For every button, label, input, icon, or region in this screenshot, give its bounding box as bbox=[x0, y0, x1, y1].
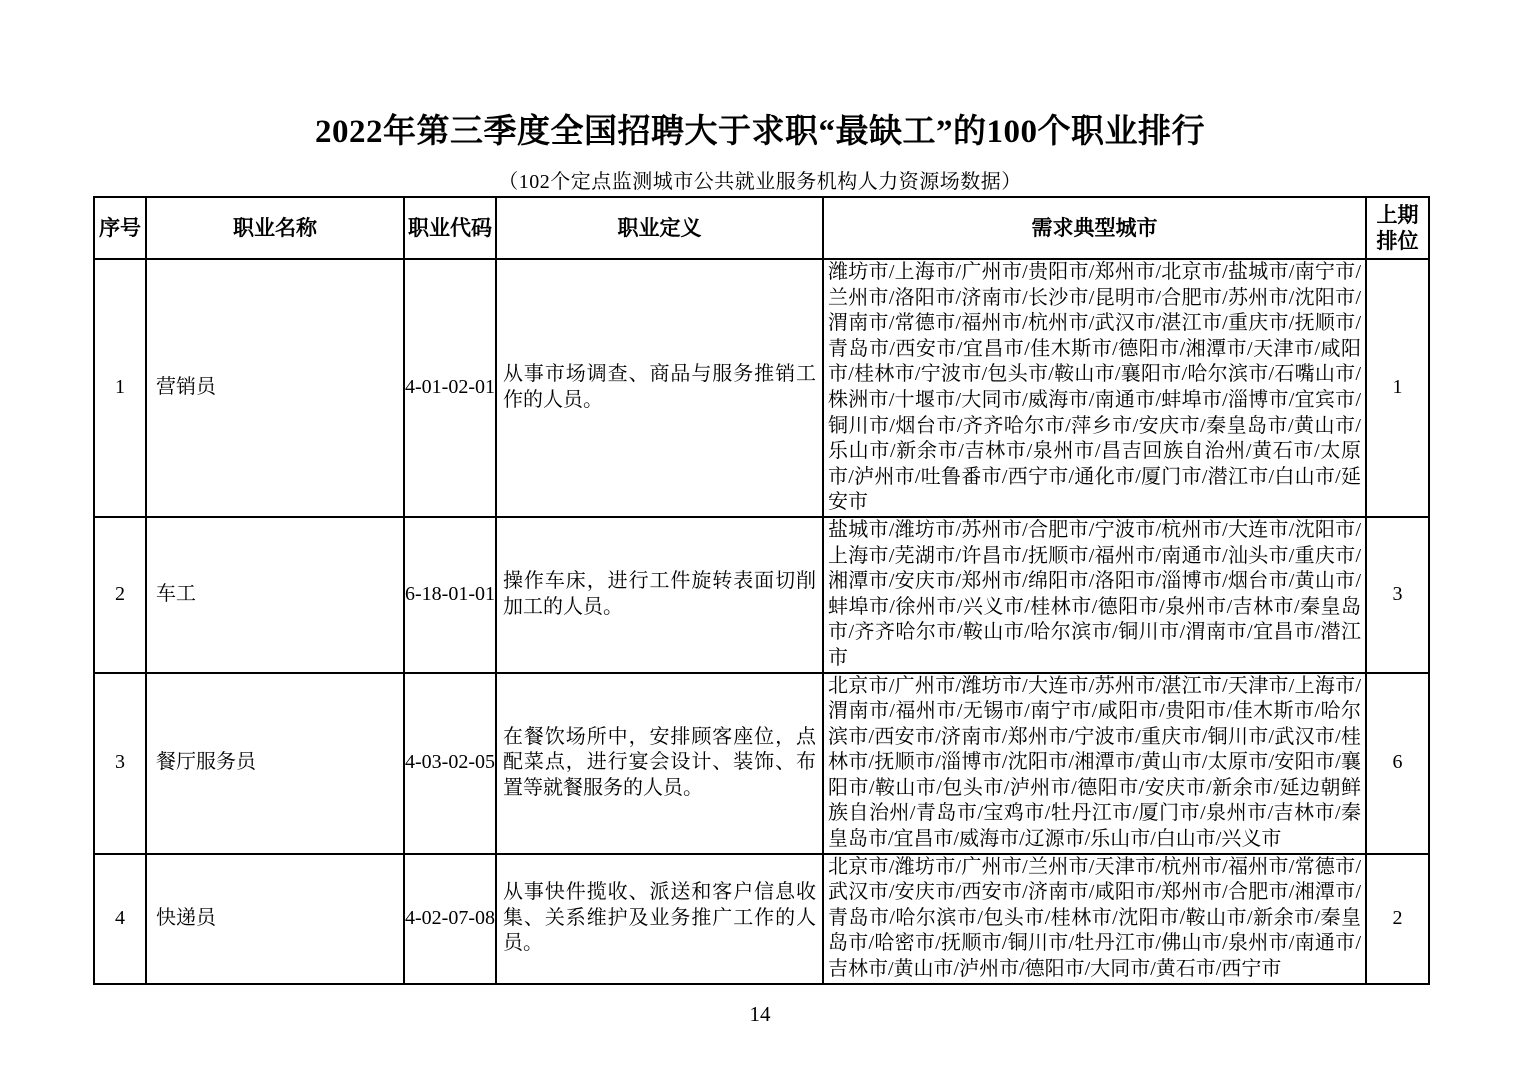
occupation-ranking-table: 序号 职业名称 职业代码 职业定义 需求典型城市 上期排位 1 营销员 4-01… bbox=[93, 196, 1430, 985]
page-subtitle: （102个定点监测城市公共就业服务机构人力资源场数据） bbox=[0, 165, 1520, 194]
occupation-code-cell: 4-02-07-08 bbox=[404, 854, 496, 984]
occupation-name-cell: 营销员 bbox=[146, 259, 404, 517]
document-page: 2022年第三季度全国招聘大于求职“最缺工”的100个职业排行 （102个定点监… bbox=[0, 0, 1520, 1074]
occupation-code-cell: 4-01-02-01 bbox=[404, 259, 496, 517]
definition-cell: 从事快件揽收、派送和客户信息收集、关系维护及业务推广工作的人员。 bbox=[496, 854, 823, 984]
header-occupation-name: 职业名称 bbox=[146, 197, 404, 259]
prev-rank-cell: 2 bbox=[1366, 854, 1429, 984]
cities-cell: 北京市/潍坊市/广州市/兰州市/天津市/杭州市/福州市/常德市/武汉市/安庆市/… bbox=[823, 854, 1366, 984]
header-occupation-code: 职业代码 bbox=[404, 197, 496, 259]
table-row: 4 快递员 4-02-07-08 从事快件揽收、派送和客户信息收集、关系维护及业… bbox=[94, 854, 1429, 984]
prev-rank-cell: 1 bbox=[1366, 259, 1429, 517]
occupation-name-cell: 车工 bbox=[146, 517, 404, 673]
occupation-name-cell: 快递员 bbox=[146, 854, 404, 984]
prev-rank-cell: 6 bbox=[1366, 673, 1429, 854]
header-index: 序号 bbox=[94, 197, 146, 259]
header-prev-rank: 上期排位 bbox=[1366, 197, 1429, 259]
header-cities: 需求典型城市 bbox=[823, 197, 1366, 259]
occupation-name-cell: 餐厅服务员 bbox=[146, 673, 404, 854]
cities-cell: 北京市/广州市/潍坊市/大连市/苏州市/湛江市/天津市/上海市/渭南市/福州市/… bbox=[823, 673, 1366, 854]
occupation-code-cell: 4-03-02-05 bbox=[404, 673, 496, 854]
definition-cell: 在餐饮场所中，安排顾客座位，点配菜点，进行宴会设计、装饰、布置等就餐服务的人员。 bbox=[496, 673, 823, 854]
row-index-cell: 2 bbox=[94, 517, 146, 673]
table-row: 2 车工 6-18-01-01 操作车床，进行工件旋转表面切削加工的人员。 盐城… bbox=[94, 517, 1429, 673]
table-header-row: 序号 职业名称 职业代码 职业定义 需求典型城市 上期排位 bbox=[94, 197, 1429, 259]
cities-cell: 盐城市/潍坊市/苏州市/合肥市/宁波市/杭州市/大连市/沈阳市/上海市/芜湖市/… bbox=[823, 517, 1366, 673]
header-definition: 职业定义 bbox=[496, 197, 823, 259]
table-row: 3 餐厅服务员 4-03-02-05 在餐饮场所中，安排顾客座位，点配菜点，进行… bbox=[94, 673, 1429, 854]
page-number: 14 bbox=[0, 1002, 1520, 1027]
row-index-cell: 1 bbox=[94, 259, 146, 517]
cities-cell: 潍坊市/上海市/广州市/贵阳市/郑州市/北京市/盐城市/南宁市/兰州市/洛阳市/… bbox=[823, 259, 1366, 517]
prev-rank-cell: 3 bbox=[1366, 517, 1429, 673]
row-index-cell: 3 bbox=[94, 673, 146, 854]
table-row: 1 营销员 4-01-02-01 从事市场调查、商品与服务推销工作的人员。 潍坊… bbox=[94, 259, 1429, 517]
definition-cell: 操作车床，进行工件旋转表面切削加工的人员。 bbox=[496, 517, 823, 673]
occupation-code-cell: 6-18-01-01 bbox=[404, 517, 496, 673]
row-index-cell: 4 bbox=[94, 854, 146, 984]
definition-cell: 从事市场调查、商品与服务推销工作的人员。 bbox=[496, 259, 823, 517]
page-title: 2022年第三季度全国招聘大于求职“最缺工”的100个职业排行 bbox=[0, 105, 1520, 152]
